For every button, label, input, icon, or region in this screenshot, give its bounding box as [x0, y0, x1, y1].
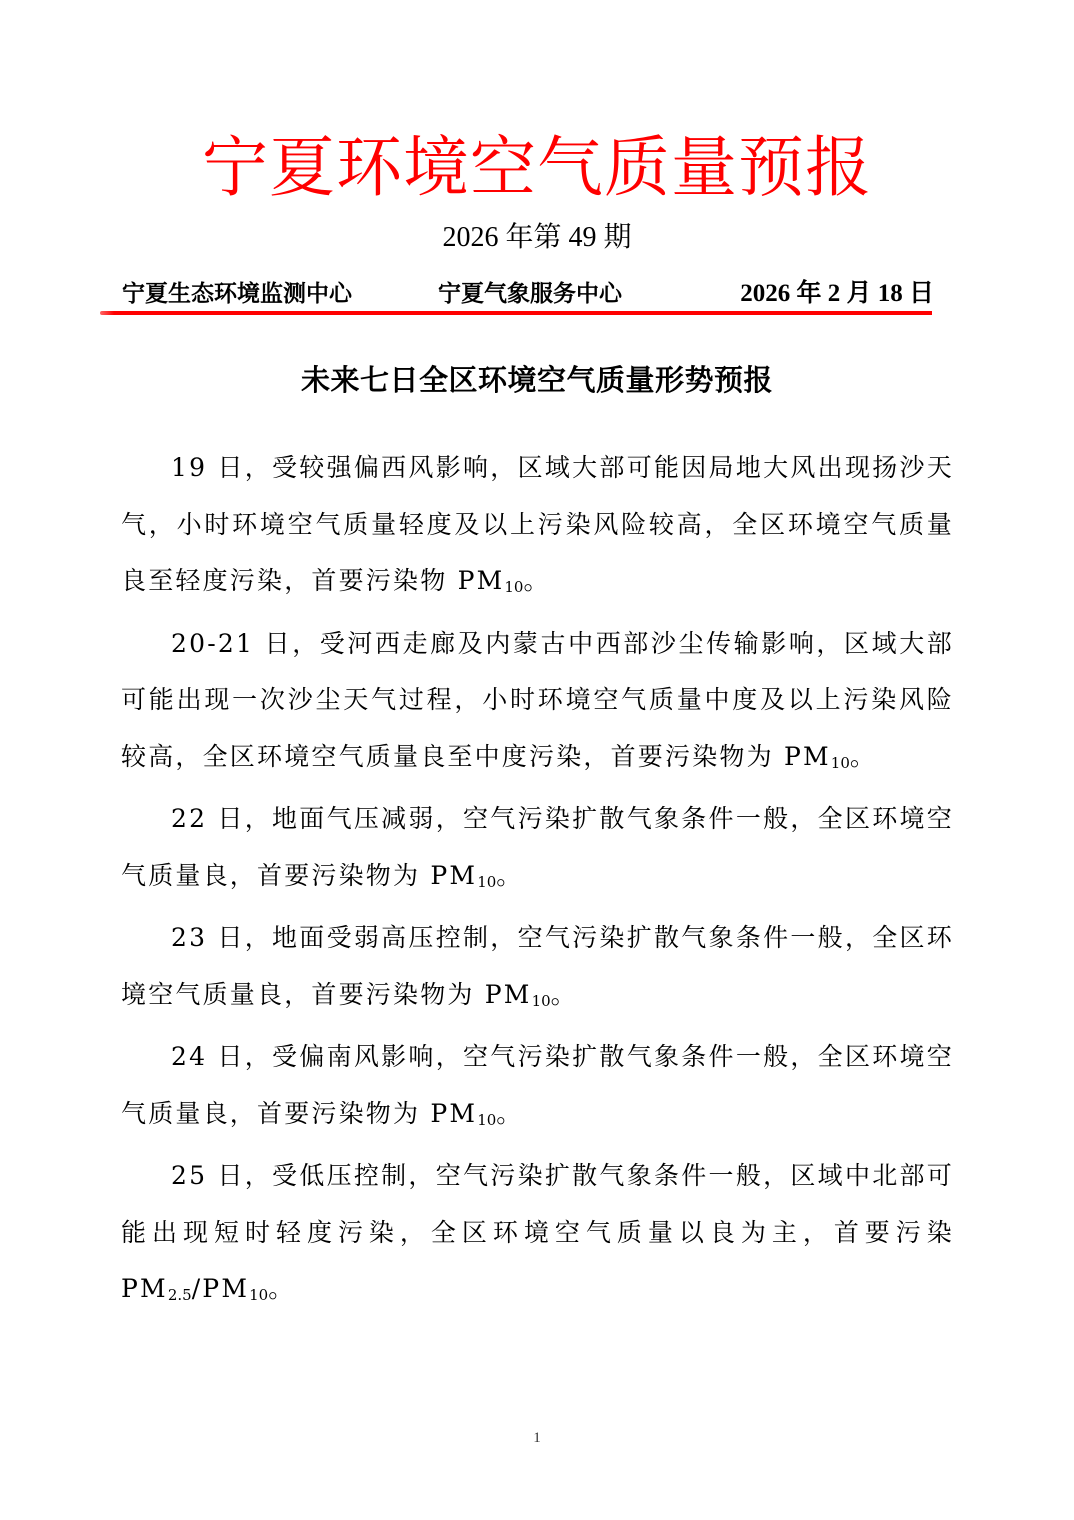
forecast-paragraph-24: 24 日，受偏南风影响，空气污染扩散气象条件一般，全区环境空气质量良，首要污染物… [121, 1029, 954, 1148]
sentence-end: 。 [850, 742, 877, 771]
section-title: 未来七日全区环境空气质量形势预报 [0, 358, 1074, 402]
sentence-end: 。 [496, 1099, 523, 1128]
red-divider-rule [100, 311, 932, 315]
masthead-title: 宁夏环境空气质量预报 [0, 128, 1074, 208]
sentence-end: 。 [496, 861, 523, 890]
pollutant-name: PM [430, 1099, 477, 1128]
pollutant-subscript-secondary: 10 [249, 1286, 268, 1304]
pollutant-subscript: 2.5 [168, 1286, 192, 1304]
pollutant-subscript: 10 [477, 873, 496, 891]
forecast-text: ，受偏南风影响，空气污染扩散气象条件一般，全区环境空气质量良，首要污染物为 [121, 1042, 954, 1128]
forecast-paragraph-25: 25 日，受低压控制，空气污染扩散气象条件一般，区域中北部可能出现短时轻度污染，… [121, 1148, 954, 1324]
publisher-meteorological-service-center: 宁夏气象服务中心 [438, 276, 622, 312]
forecast-day: 22 日 [171, 804, 245, 833]
issue-number: 2026 年第 49 期 [0, 218, 1074, 258]
forecast-day: 25 日 [171, 1161, 245, 1190]
forecast-day: 24 日 [171, 1042, 245, 1071]
pollutant-name: PM [430, 861, 477, 890]
publish-date: 2026 年 2 月 18 日 [740, 276, 934, 312]
forecast-paragraph-19: 19 日，受较强偏西风影响，区域大部可能因局地大风出现扬沙天气，小时环境空气质量… [121, 440, 954, 616]
pollutant-subscript: 10 [477, 1111, 496, 1129]
forecast-day: 19 日 [171, 453, 245, 482]
forecast-text: ，受低压控制，空气污染扩散气象条件一般，区域中北部可能出现短时轻度污染，全区环境… [121, 1161, 954, 1247]
publisher-row: 宁夏生态环境监测中心 宁夏气象服务中心 2026 年 2 月 18 日 [122, 276, 934, 312]
sentence-end: 。 [523, 566, 550, 595]
forecast-paragraph-23: 23 日，地面受弱高压控制，空气污染扩散气象条件一般，全区环境空气质量良，首要污… [121, 910, 954, 1029]
forecast-text: ，地面气压减弱，空气污染扩散气象条件一般，全区环境空气质量良，首要污染物为 [121, 804, 954, 890]
publisher-ecology-monitoring-center: 宁夏生态环境监测中心 [122, 276, 352, 312]
forecast-paragraph-22: 22 日，地面气压减弱，空气污染扩散气象条件一般，全区环境空气质量良，首要污染物… [121, 791, 954, 910]
page-number: 1 [0, 1428, 1074, 1448]
pollutant-subscript: 10 [532, 992, 551, 1010]
pollutant-subscript: 10 [504, 578, 523, 596]
pollutant-name: PM [485, 980, 532, 1009]
forecast-day: 23 日 [171, 923, 245, 952]
forecast-day: 20-21 日 [171, 629, 292, 658]
pollutant-name-secondary: /PM [192, 1274, 249, 1303]
forecast-body: 19 日，受较强偏西风影响，区域大部可能因局地大风出现扬沙天气，小时环境空气质量… [121, 440, 954, 1324]
sentence-end: 。 [551, 980, 578, 1009]
sentence-end: 。 [268, 1274, 295, 1303]
pollutant-subscript: 10 [831, 754, 850, 772]
document-page: 宁夏环境空气质量预报 2026 年第 49 期 宁夏生态环境监测中心 宁夏气象服… [0, 0, 1074, 1520]
forecast-paragraph-20-21: 20-21 日，受河西走廊及内蒙古中西部沙尘传输影响，区域大部可能出现一次沙尘天… [121, 616, 954, 792]
pollutant-name: PM [121, 1274, 168, 1303]
pollutant-name: PM [458, 566, 505, 595]
pollutant-name: PM [784, 742, 831, 771]
